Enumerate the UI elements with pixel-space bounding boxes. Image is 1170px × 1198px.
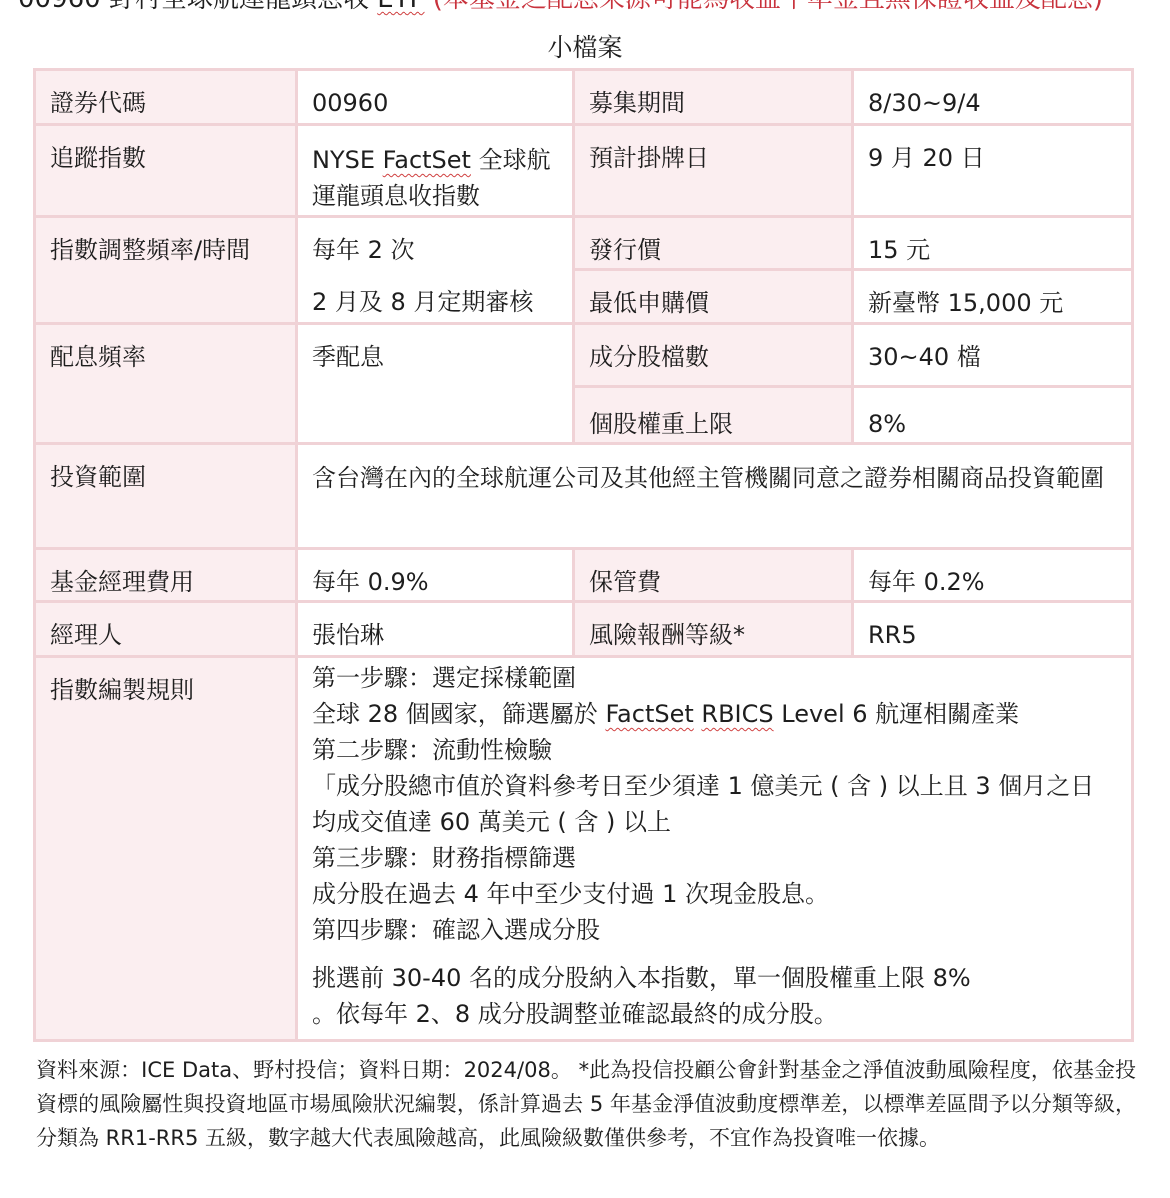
weight-cap-label: 個股權重上限 bbox=[574, 387, 853, 444]
listing-date-value: 9 月 20 日 bbox=[853, 125, 1133, 217]
investment-scope-value: 含台灣在內的全球航運公司及其他經主管機關同意之證券相關商品投資範圍 bbox=[297, 444, 1133, 549]
rules-step3-text: 成分股在過去 4 年中至少支付過 1 次現金股息。 bbox=[312, 876, 1117, 912]
custody-fee-value: 每年 0.2% bbox=[853, 549, 1133, 602]
rules-step1-text-b: Level 6 航運相關產業 bbox=[774, 700, 1020, 728]
fund-manager-value: 張怡琳 bbox=[297, 602, 574, 657]
index-rules-value: 第一步驟：選定採樣範圍 全球 28 個國家，篩選屬於 FactSet RBICS… bbox=[297, 657, 1133, 1041]
rules-step4-title: 第四步驟：確認入選成分股 bbox=[312, 912, 1117, 948]
code-value: 00960 bbox=[297, 70, 574, 125]
code-label: 證券代碼 bbox=[35, 70, 297, 125]
dividend-frequency-label: 配息頻率 bbox=[35, 324, 297, 444]
min-subscription-value: 新臺幣 15,000 元 bbox=[853, 270, 1133, 324]
management-fee-value: 每年 0.9% bbox=[297, 549, 574, 602]
issue-price-value: 15 元 bbox=[853, 217, 1133, 270]
tracking-index-label: 追蹤指數 bbox=[35, 125, 297, 217]
fund-profile-table: 證券代碼 00960 募集期間 8/30~9/4 追蹤指數 NYSE FactS… bbox=[33, 68, 1134, 1042]
rebalance-label: 指數調整頻率/時間 bbox=[35, 217, 297, 324]
rebalance-months: 2 月及 8 月定期審核 bbox=[312, 284, 558, 320]
offering-period-value: 8/30~9/4 bbox=[853, 70, 1133, 125]
title-dividend-warning: (本基金之配息來源可能為收益平準金且無保證收益及配息) bbox=[425, 0, 1104, 14]
offering-period-label: 募集期間 bbox=[574, 70, 853, 125]
rules-step2-text: 「成分股總市值於資料參考日至少須達 1 億美元 ( 含 ) 以上且 3 個月之日… bbox=[312, 768, 1117, 840]
rules-step1-text-a: 全球 28 個國家，篩選屬於 bbox=[312, 700, 605, 728]
weight-cap-value: 8% bbox=[853, 387, 1133, 444]
index-name-factset: FactSet bbox=[383, 146, 471, 174]
table-row: 追蹤指數 NYSE FactSet 全球航運龍頭息收指數 預計掛牌日 9 月 2… bbox=[35, 125, 1133, 217]
table-row: 基金經理費用 每年 0.9% 保管費 每年 0.2% bbox=[35, 549, 1133, 602]
table-row: 配息頻率 季配息 成分股檔數 30~40 檔 bbox=[35, 324, 1133, 387]
rules-spacer bbox=[312, 948, 1117, 960]
table-row: 指數編製規則 第一步驟：選定採樣範圍 全球 28 個國家，篩選屬於 FactSe… bbox=[35, 657, 1133, 1041]
table-row: 證券代碼 00960 募集期間 8/30~9/4 bbox=[35, 70, 1133, 125]
fund-manager-label: 經理人 bbox=[35, 602, 297, 657]
risk-level-label: 風險報酬等級* bbox=[574, 602, 853, 657]
rebalance-value: 每年 2 次 2 月及 8 月定期審核 bbox=[297, 217, 574, 324]
rebalance-frequency: 每年 2 次 bbox=[312, 232, 558, 268]
index-name-prefix: NYSE bbox=[312, 146, 383, 174]
custody-fee-label: 保管費 bbox=[574, 549, 853, 602]
table-row: 經理人 張怡琳 風險報酬等級* RR5 bbox=[35, 602, 1133, 657]
rules-step3-title: 第三步驟：財務指標篩選 bbox=[312, 840, 1117, 876]
constituents-label: 成分股檔數 bbox=[574, 324, 853, 387]
rules-step1-text: 全球 28 個國家，篩選屬於 FactSet RBICS Level 6 航運相… bbox=[312, 696, 1117, 732]
management-fee-label: 基金經理費用 bbox=[35, 549, 297, 602]
title-etf: ETF bbox=[377, 0, 424, 14]
source-footnote: 資料來源：ICE Data、野村投信；資料日期：2024/08。 *此為投信投顧… bbox=[36, 1053, 1136, 1155]
title-fund-name: 00960 野村全球航運龍頭息收 bbox=[18, 0, 377, 14]
rules-step1-title: 第一步驟：選定採樣範圍 bbox=[312, 660, 1117, 696]
index-rules-label: 指數編製規則 bbox=[35, 657, 297, 1041]
rules-step2-title: 第二步驟：流動性檢驗 bbox=[312, 732, 1117, 768]
rules-step4-text-1: 挑選前 30-40 名的成分股納入本指數，單一個股權重上限 8% bbox=[312, 960, 1117, 996]
table-row: 指數調整頻率/時間 每年 2 次 2 月及 8 月定期審核 發行價 15 元 bbox=[35, 217, 1133, 270]
min-subscription-label: 最低申購價 bbox=[574, 270, 853, 324]
investment-scope-label: 投資範圍 bbox=[35, 444, 297, 549]
issue-price-label: 發行價 bbox=[574, 217, 853, 270]
risk-level-value: RR5 bbox=[853, 602, 1133, 657]
rules-step4-text-2: 。依每年 2、8 成分股調整並確認最終的成分股。 bbox=[312, 996, 1117, 1032]
section-title: 小檔案 bbox=[0, 32, 1170, 64]
dividend-frequency-value: 季配息 bbox=[297, 324, 574, 444]
document-title: 00960 野村全球航運龍頭息收 ETF (本基金之配息來源可能為收益平準金且無… bbox=[18, 0, 1103, 14]
listing-date-label: 預計掛牌日 bbox=[574, 125, 853, 217]
tracking-index-value: NYSE FactSet 全球航運龍頭息收指數 bbox=[297, 125, 574, 217]
rules-factset: FactSet bbox=[605, 700, 693, 728]
rules-rbics: RBICS bbox=[701, 700, 773, 728]
constituents-value: 30~40 檔 bbox=[853, 324, 1133, 387]
table-row: 投資範圍 含台灣在內的全球航運公司及其他經主管機關同意之證券相關商品投資範圍 bbox=[35, 444, 1133, 549]
